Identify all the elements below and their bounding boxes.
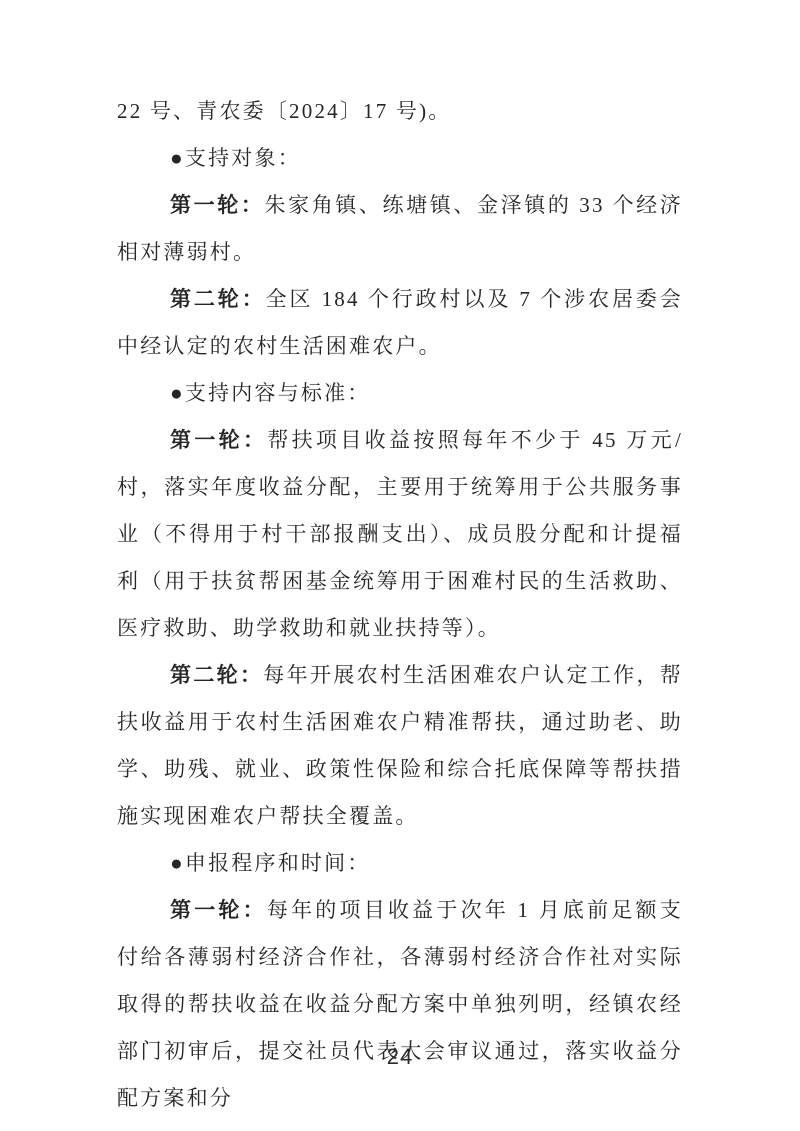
paragraph-text: 支持对象：: [185, 146, 301, 170]
page-number: 24: [0, 1044, 800, 1070]
round-label: 第二轮：: [170, 663, 263, 687]
paragraph: 22 号、青农委〔2024〕17 号)。: [117, 88, 683, 135]
paragraph: 第一轮：帮扶项目收益按照每年不少于 45 万元/村，落实年度收益分配，主要用于统…: [117, 417, 683, 652]
round-label: 第二轮：: [170, 287, 266, 311]
paragraph-text: 每年开展农村生活困难农户认定工作，帮扶收益用于农村生活困难农户精准帮扶，通过助老…: [117, 663, 683, 828]
paragraph-text: 每年的项目收益于次年 1 月底前足额支付给各薄弱村经济合作社，各薄弱村经济合作社…: [117, 898, 683, 1110]
round-label: 第一轮：: [170, 428, 267, 452]
document-page: 22 号、青农委〔2024〕17 号)。●支持对象：第一轮：朱家角镇、练塘镇、金…: [0, 0, 800, 1131]
paragraph-text: 帮扶项目收益按照每年不少于 45 万元/村，落实年度收益分配，主要用于统筹用于公…: [117, 428, 683, 640]
paragraph-text: 22 号、青农委〔2024〕17 号)。: [117, 99, 452, 123]
document-body: 22 号、青农委〔2024〕17 号)。●支持对象：第一轮：朱家角镇、练塘镇、金…: [117, 88, 683, 1122]
paragraph: 第一轮：朱家角镇、练塘镇、金泽镇的 33 个经济相对薄弱村。: [117, 182, 683, 276]
paragraph-text: 申报程序和时间：: [185, 851, 371, 875]
bullet-icon: ●: [170, 381, 185, 405]
paragraph: 第二轮：全区 184 个行政村以及 7 个涉农居委会中经认定的农村生活困难农户。: [117, 276, 683, 370]
paragraph: ●支持对象：: [117, 135, 683, 182]
paragraph: ●申报程序和时间：: [117, 840, 683, 887]
paragraph: 第一轮：每年的项目收益于次年 1 月底前足额支付给各薄弱村经济合作社，各薄弱村经…: [117, 887, 683, 1122]
bullet-icon: ●: [170, 146, 185, 170]
paragraph: ●支持内容与标准：: [117, 370, 683, 417]
round-label: 第一轮：: [170, 193, 264, 217]
bullet-icon: ●: [170, 851, 185, 875]
paragraph: 第二轮：每年开展农村生活困难农户认定工作，帮扶收益用于农村生活困难农户精准帮扶，…: [117, 652, 683, 840]
paragraph-text: 支持内容与标准：: [185, 381, 371, 405]
round-label: 第一轮：: [170, 898, 267, 922]
